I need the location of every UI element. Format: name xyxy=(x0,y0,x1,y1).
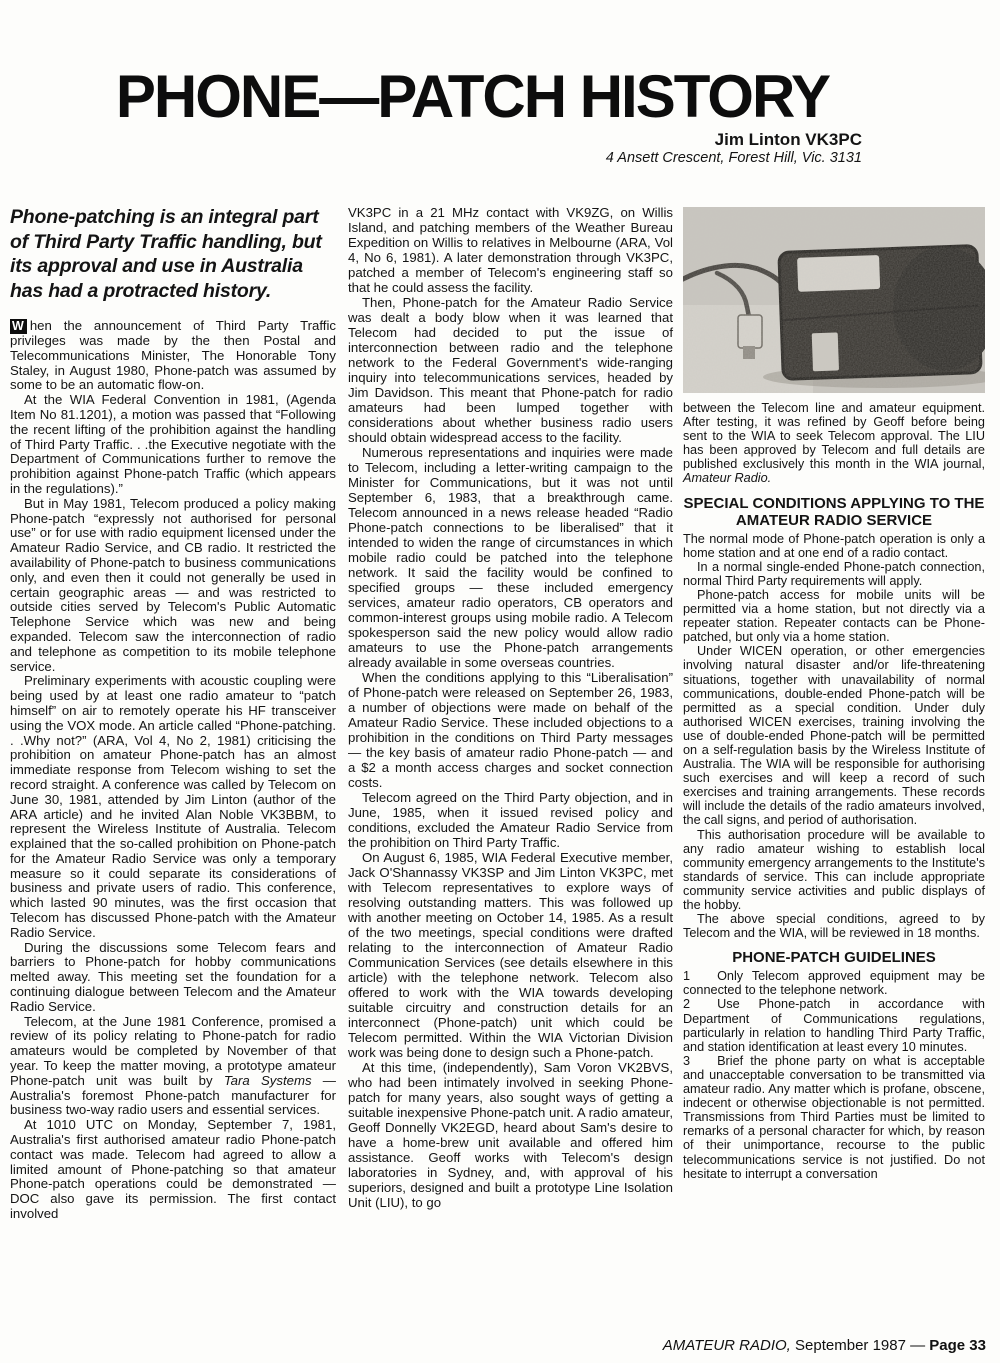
column-left: Phone-patching is an integral part of Th… xyxy=(10,205,336,1222)
footer-page-number: Page 33 xyxy=(929,1337,986,1354)
paragraph: Telecom agreed on the Third Party object… xyxy=(348,790,673,850)
paragraph: Under WICEN operation, or other emergenc… xyxy=(683,644,985,827)
paragraph: At the WIA Federal Convention in 1981, (… xyxy=(10,393,336,497)
italic-company-name: Tara Systems xyxy=(224,1073,312,1088)
guideline-number: 1 xyxy=(683,969,690,983)
section-heading-special-conditions: SPECIAL CONDITIONS APPLYING TO THE AMATE… xyxy=(683,495,985,529)
paragraph: The normal mode of Phone-patch operation… xyxy=(683,532,985,560)
footer-journal-name: AMATEUR RADIO, xyxy=(663,1337,791,1354)
byline-address: 4 Ansett Crescent, Forest Hill, Vic. 313… xyxy=(606,150,862,167)
paragraph: But in May 1981, Telecom produced a poli… xyxy=(10,497,336,675)
paragraph: This authorisation procedure will be ava… xyxy=(683,828,985,913)
paragraph-text: between the Telecom line and amateur equ… xyxy=(683,401,985,471)
byline: Jim Linton VK3PC 4 Ansett Crescent, Fore… xyxy=(606,130,862,168)
article-standfirst: Phone-patching is an integral part of Th… xyxy=(10,205,336,303)
paragraph: Preliminary experiments with acoustic co… xyxy=(10,674,336,940)
section-heading-guidelines: PHONE-PATCH GUIDELINES xyxy=(683,949,985,966)
photo-line-isolation-unit xyxy=(683,207,985,393)
paragraph: between the Telecom line and amateur equ… xyxy=(683,401,985,486)
paragraph: The above special conditions, agreed to … xyxy=(683,912,985,940)
paragraph: Phone-patch access for mobile units will… xyxy=(683,588,985,644)
guideline-text: Brief the phone party on what is accepta… xyxy=(683,1054,985,1181)
paragraph-text: hen the announcement of Third Party Traf… xyxy=(10,318,336,392)
guideline-text: Use Phone-patch in accordance with Depar… xyxy=(683,997,985,1053)
guideline-number: 2 xyxy=(683,997,690,1011)
guideline-number: 3 xyxy=(683,1054,690,1068)
italic-journal-name: Amateur Radio. xyxy=(683,471,771,485)
paragraph: Then, Phone-patch for the Amateur Radio … xyxy=(348,295,673,445)
guideline-item: 3Brief the phone party on what is accept… xyxy=(683,1054,985,1181)
paragraph: In a normal single-ended Phone-patch con… xyxy=(683,560,985,588)
paragraph: VK3PC in a 21 MHz contact with VK9ZG, on… xyxy=(348,205,673,295)
paragraph: At this time, (independently), Sam Voron… xyxy=(348,1060,673,1210)
paragraph: When the announcement of Third Party Tra… xyxy=(10,319,336,393)
paragraph: When the conditions applying to this “Li… xyxy=(348,670,673,790)
article-title: PHONE—PATCH HISTORY xyxy=(0,62,945,131)
paragraph: At 1010 UTC on Monday, September 7, 1981… xyxy=(10,1118,336,1222)
footer-issue: September 1987 — xyxy=(791,1337,929,1354)
paragraph: Numerous representations and inquiries w… xyxy=(348,445,673,670)
drop-cap: W xyxy=(10,319,27,334)
paragraph: Telecom, at the June 1981 Conference, pr… xyxy=(10,1015,336,1119)
photo-image xyxy=(683,207,985,393)
paragraph: On August 6, 1985, WIA Federal Executive… xyxy=(348,850,673,1060)
paragraph: During the discussions some Telecom fear… xyxy=(10,941,336,1015)
guideline-item: 1Only Telecom approved equipment may be … xyxy=(683,969,985,997)
byline-author: Jim Linton VK3PC xyxy=(606,130,862,150)
page-footer: AMATEUR RADIO, September 1987 — Page 33 xyxy=(663,1337,986,1354)
column-right: between the Telecom line and amateur equ… xyxy=(683,205,985,1181)
magazine-page: PHONE—PATCH HISTORY Jim Linton VK3PC 4 A… xyxy=(0,0,1000,1363)
guideline-item: 2Use Phone-patch in accordance with Depa… xyxy=(683,997,985,1053)
column-middle: VK3PC in a 21 MHz contact with VK9ZG, on… xyxy=(348,205,673,1210)
guideline-text: Only Telecom approved equipment may be c… xyxy=(683,969,985,997)
